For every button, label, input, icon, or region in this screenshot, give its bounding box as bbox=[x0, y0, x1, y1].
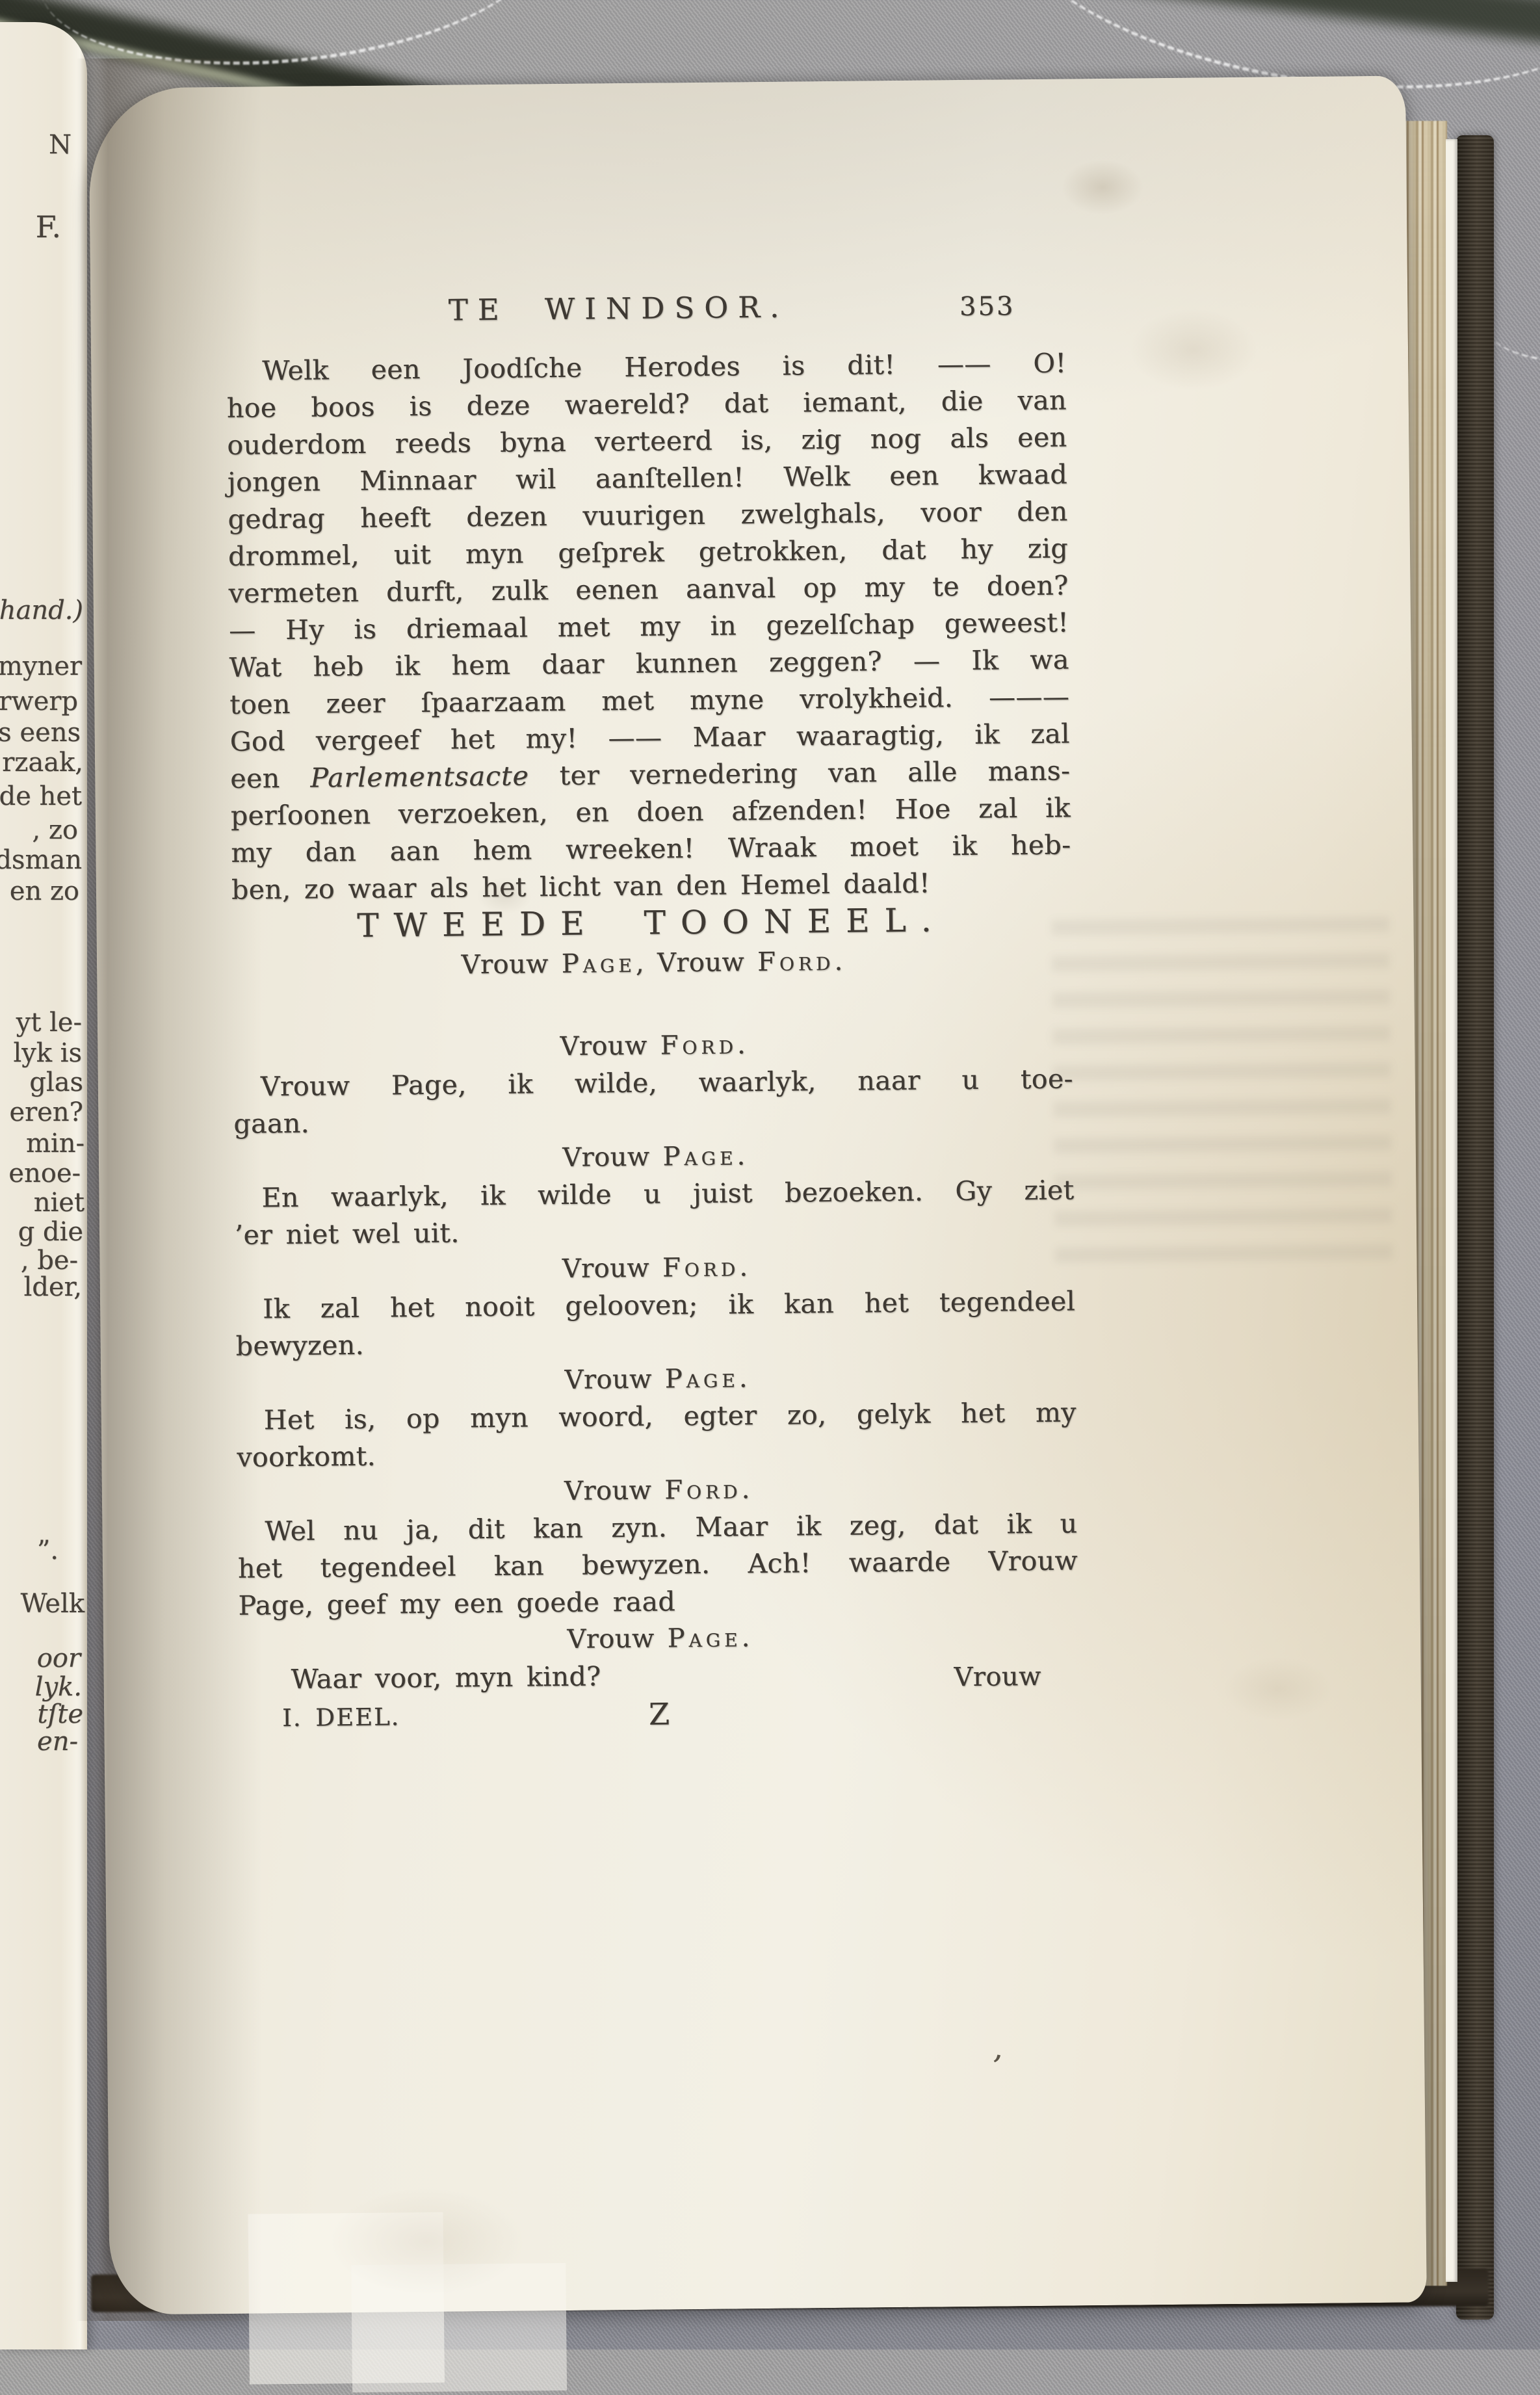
verso-fragment: niet bbox=[34, 1188, 85, 1218]
verso-fragment: orwerp bbox=[0, 687, 78, 716]
verso-fragment: dsman bbox=[0, 845, 82, 875]
text-block: TE WINDSOR. 353 Welk een Joodſche Herode… bbox=[226, 285, 1079, 1736]
endpaper-sliver bbox=[1446, 139, 1457, 2282]
verso-fragment: lder, bbox=[23, 1272, 82, 1302]
book-cover-right bbox=[1456, 135, 1494, 2320]
running-title: TE WINDSOR. bbox=[448, 289, 789, 329]
verso-fragment: hand.) bbox=[0, 595, 83, 625]
page-number: 353 bbox=[959, 288, 1015, 326]
verso-fragment: N bbox=[49, 130, 72, 160]
book-page: TE WINDSOR. 353 Welk een Joodſche Herode… bbox=[88, 75, 1427, 2314]
verso-fragment: F. bbox=[36, 209, 61, 244]
characters-line: Vrouw Page, Vrouw Ford. bbox=[232, 941, 1072, 986]
dialogue-line: Waar voor, myn kind? bbox=[239, 1653, 1078, 1698]
verso-fragment: glas bbox=[29, 1067, 83, 1097]
verso-fragment: , zo bbox=[32, 815, 78, 845]
verso-fragment: en zo bbox=[10, 876, 79, 906]
book-photo: { "header": { "running_title": "TE WINDS… bbox=[0, 0, 1540, 2349]
verso-fragment: yt le- bbox=[16, 1008, 82, 1038]
verso-fragment: lyk. bbox=[35, 1672, 82, 1702]
page-footer: I. DEEL. Z Vrouw bbox=[239, 1692, 1079, 1736]
running-header: TE WINDSOR. 353 bbox=[226, 285, 1065, 330]
verso-fragment: en- bbox=[37, 1727, 78, 1757]
verso-fragment: min- bbox=[26, 1129, 85, 1158]
verso-fragment: g die bbox=[18, 1217, 83, 1247]
signature-mark: Z bbox=[649, 1695, 670, 1733]
photo-patch bbox=[351, 2263, 567, 2349]
verso-fragment: oor bbox=[37, 1643, 81, 1673]
verso-fragment: de het bbox=[0, 781, 82, 811]
verso-fragment: s eens bbox=[0, 718, 81, 748]
verso-fragment: ”. bbox=[37, 1536, 59, 1565]
verso-fragment: , be- bbox=[21, 1246, 78, 1276]
volume-label: I. DEEL. bbox=[282, 1698, 400, 1736]
facing-page-sliver: NF.hand.)mynerorwerps eensrzaak,de het, … bbox=[0, 22, 87, 2349]
verso-fragment: lyk is bbox=[13, 1038, 82, 1068]
verso-fragment: Welk bbox=[20, 1589, 85, 1619]
verso-fragment: tſte bbox=[37, 1699, 83, 1729]
verso-fragment: rzaak, bbox=[2, 748, 83, 778]
verso-fragment: eren? bbox=[9, 1097, 83, 1127]
italic-word: Parlementsacte bbox=[310, 760, 529, 793]
stray-ink-mark: ’ bbox=[987, 2048, 1004, 2087]
catchword: Vrouw bbox=[954, 1658, 1041, 1696]
verso-fragment: enoe- bbox=[8, 1158, 81, 1188]
verso-fragment: myner bbox=[0, 651, 82, 681]
